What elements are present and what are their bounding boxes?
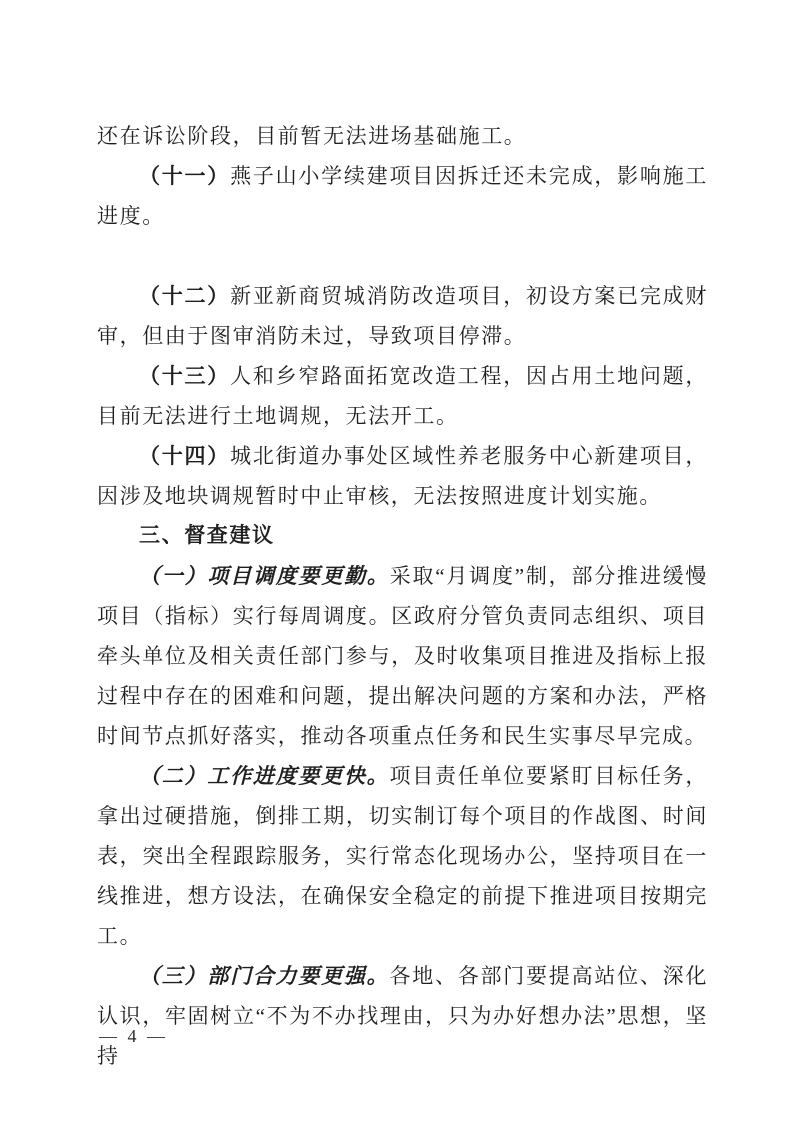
suggestion-lead: （二）工作进度要更快。	[139, 764, 389, 788]
document-page: 还在诉讼阶段，目前暂无法进场基础施工。 （十一）燕子山小学续建项目因拆迁还未完成…	[0, 0, 793, 1122]
paragraph-item-twelve: （十二）新亚新商贸城消防改造项目，初设方案已完成财审，但由于图审消防未过，导致项…	[97, 276, 708, 356]
suggestion-text: 采取“月调度”制，部分推进缓慢项目（指标）实行每周调度。区政府分管负责同志组织、…	[97, 564, 708, 748]
item-number-label: （十三）	[139, 364, 230, 388]
paragraph-text: 还在诉讼阶段，目前暂无法进场基础施工。	[97, 124, 526, 148]
page-footer: — 4 —	[99, 1025, 168, 1047]
suggestion-lead: （三）部门合力要更强。	[139, 964, 389, 988]
item-number-label: （十二）	[139, 284, 230, 308]
suggestion-paragraph-two: （二）工作进度要更快。项目责任单位要紧盯目标任务，拿出过硬措施，倒排工期，切实制…	[97, 756, 708, 956]
paragraph-item-eleven: （十一）燕子山小学续建项目因拆迁还未完成，影响施工进度。	[97, 156, 708, 236]
suggestion-paragraph-one: （一）项目调度要更勤。采取“月调度”制，部分推进缓慢项目（指标）实行每周调度。区…	[97, 556, 708, 756]
item-number-label: （十一）	[139, 164, 230, 188]
paragraph-item-thirteen: （十三）人和乡窄路面拓宽改造工程，因占用土地问题，目前无法进行土地调规，无法开工…	[97, 356, 708, 436]
document-body: 还在诉讼阶段，目前暂无法进场基础施工。 （十一）燕子山小学续建项目因拆迁还未完成…	[97, 116, 708, 1076]
paragraph-item-fourteen: （十四）城北街道办事处区域性养老服务中心新建项目，因涉及地块调规暂时中止审核，无…	[97, 436, 708, 516]
suggestion-paragraph-three: （三）部门合力要更强。各地、各部门要提高站位、深化认识，牢固树立“不为不办找理由…	[97, 956, 708, 1076]
item-number-label: （十四）	[139, 444, 230, 468]
page-number-label: — 4 —	[99, 1026, 168, 1046]
suggestion-text: 项目责任单位要紧盯目标任务，拿出过硬措施，倒排工期，切实制订每个项目的作战图、时…	[97, 764, 708, 948]
section-heading: 三、督查建议	[97, 516, 708, 556]
suggestion-lead: （一）项目调度要更勤。	[139, 564, 390, 588]
paragraph-continuation: 还在诉讼阶段，目前暂无法进场基础施工。	[97, 116, 708, 156]
